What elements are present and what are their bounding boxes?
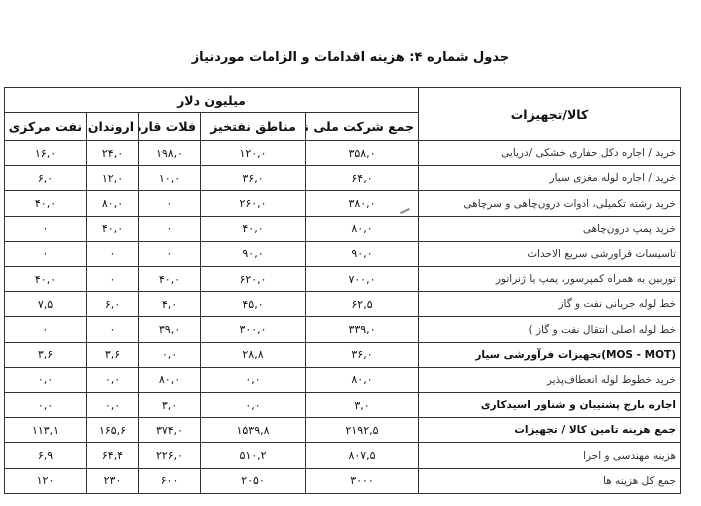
row-value-cell: ۶,۰	[87, 292, 139, 317]
row-item-label: تاسیسات فراورشی سریع الاحداث	[419, 241, 681, 266]
row-value-cell: ۰	[5, 241, 87, 266]
row-value-cell: ۰	[87, 317, 139, 342]
col-header-arvandan: اروندان	[87, 113, 139, 141]
row-value-cell: ۲۳۰	[87, 468, 139, 493]
row-value-cell: ۲۶۰,۰	[201, 191, 306, 216]
row-item-label: خرید / اجاره دکل حفاری خشکی /دریایی	[419, 141, 681, 166]
row-value-cell: ۲۸,۸	[201, 342, 306, 367]
row-value-cell: ۶,۰	[5, 166, 87, 191]
row-item-label: خرید پمپ درون‌چاهی	[419, 216, 681, 241]
table-row: توربین به همراه کمپرسور، پمپ یا ژنراتور۷…	[5, 267, 681, 292]
row-value-cell: ۵۱۰,۲	[201, 443, 306, 468]
row-value-cell: ۴۰,۰	[201, 216, 306, 241]
row-item-label: جمع هزینه تامین کالا / تجهیزات	[419, 418, 681, 443]
row-value-cell: ۰,۰	[87, 367, 139, 392]
row-value-cell: ۹۰,۰	[201, 241, 306, 266]
row-value-cell: ۳,۶	[5, 342, 87, 367]
row-value-cell: ۷,۵	[5, 292, 87, 317]
row-value-cell: ۱۱۳,۱	[5, 418, 87, 443]
row-value-cell: ۴۰,۰	[5, 191, 87, 216]
row-value-cell: ۴,۰	[139, 292, 201, 317]
row-value-cell: ۳,۰	[306, 393, 419, 418]
row-value-cell: ۳۰۰۰	[306, 468, 419, 493]
row-value-cell: ۳۷۴,۰	[139, 418, 201, 443]
unit-header: میلیون دلار	[5, 88, 419, 113]
row-value-cell: ۳,۶	[87, 342, 139, 367]
row-item-label: (MOS - MOT)تجهیزات فرآورشی سیار	[419, 342, 681, 367]
row-value-cell: ۸۰,۰	[306, 367, 419, 392]
row-value-cell: ۰,۰	[5, 393, 87, 418]
row-value-cell: ۱۶,۰	[5, 141, 87, 166]
row-value-cell: ۰	[139, 216, 201, 241]
row-value-cell: ۰,۰	[201, 393, 306, 418]
table-row: جمع کل هزینه ها۳۰۰۰۲۰۵۰۶۰۰۲۳۰۱۲۰	[5, 468, 681, 493]
table-row: خرید خطوط لوله انعطاف‌پذیر۸۰,۰۰,۰۸۰,۰۰,۰…	[5, 367, 681, 392]
row-value-cell: ۴۰,۰	[139, 267, 201, 292]
row-value-cell: ۶۴,۰	[306, 166, 419, 191]
row-value-cell: ۰	[139, 191, 201, 216]
row-value-cell: ۷۰۰,۰	[306, 267, 419, 292]
row-value-cell: ۰,۰	[5, 367, 87, 392]
table-row: خرید / اجاره دکل حفاری خشکی /دریایی۳۵۸,۰…	[5, 141, 681, 166]
row-value-cell: ۱۵۳۹,۸	[201, 418, 306, 443]
row-item-label: جمع کل هزینه ها	[419, 468, 681, 493]
row-item-label: توربین به همراه کمپرسور، پمپ یا ژنراتور	[419, 267, 681, 292]
row-value-cell: ۳۶,۰	[201, 166, 306, 191]
row-value-cell: ۲۱۹۲,۵	[306, 418, 419, 443]
row-value-cell: ۰,۰	[87, 393, 139, 418]
row-value-cell: ۲۴,۰	[87, 141, 139, 166]
table-row: خرید / اجاره لوله مغزی سیار۶۴,۰۳۶,۰۱۰,۰۱…	[5, 166, 681, 191]
row-value-cell: ۰,۰	[139, 342, 201, 367]
row-value-cell: ۲۲۶,۰	[139, 443, 201, 468]
row-item-label: خرید خطوط لوله انعطاف‌پذیر	[419, 367, 681, 392]
cost-table: کالا/تجهیزات میلیون دلار جمع شرکت ملی نف…	[4, 87, 681, 494]
row-value-cell: ۰	[5, 216, 87, 241]
row-value-cell: ۱۶۵,۶	[87, 418, 139, 443]
row-value-cell: ۰	[5, 317, 87, 342]
row-value-cell: ۶۴,۴	[87, 443, 139, 468]
col-header-oil-rich-regions: مناطق نفتخیز	[201, 113, 306, 141]
row-value-cell: ۶,۹	[5, 443, 87, 468]
row-value-cell: ۸۰,۰	[306, 216, 419, 241]
table-title: جدول شماره ۴: هزینه اقدامات و الزامات مو…	[0, 50, 701, 65]
row-value-cell: ۴۵,۰	[201, 292, 306, 317]
row-value-cell: ۶۲۰,۰	[201, 267, 306, 292]
row-value-cell: ۰,۰	[201, 367, 306, 392]
row-item-label: هزینه مهندسی و اجرا	[419, 443, 681, 468]
row-value-cell: ۰	[87, 241, 139, 266]
row-value-cell: ۸۰۷,۵	[306, 443, 419, 468]
row-value-cell: ۸۰,۰	[87, 191, 139, 216]
row-value-cell: ۶۲,۵	[306, 292, 419, 317]
row-value-cell: ۱۰,۰	[139, 166, 201, 191]
row-value-cell: ۱۲۰	[5, 468, 87, 493]
table-row: خط لوله جریانی نفت و گاز۶۲,۵۴۵,۰۴,۰۶,۰۷,…	[5, 292, 681, 317]
row-value-cell: ۸۰,۰	[139, 367, 201, 392]
table-row: (MOS - MOT)تجهیزات فرآورشی سیار۳۶,۰۲۸,۸۰…	[5, 342, 681, 367]
row-value-cell: ۳,۰	[139, 393, 201, 418]
col-header-central-oil: نفت مرکزی	[5, 113, 87, 141]
row-value-cell: ۴۰,۰	[5, 267, 87, 292]
row-value-cell: ۱۲,۰	[87, 166, 139, 191]
col-header-nioc-total: جمع شرکت ملی نفت	[306, 113, 419, 141]
row-item-label: خط لوله اصلی انتقال نفت و گاز )	[419, 317, 681, 342]
table-row: تاسیسات فراورشی سریع الاحداث۹۰,۰۹۰,۰۰۰۰	[5, 241, 681, 266]
table-row: خط لوله اصلی انتقال نفت و گاز )۳۳۹,۰۳۰۰,…	[5, 317, 681, 342]
row-value-cell: ۱۹۸,۰	[139, 141, 201, 166]
row-item-label: خط لوله جریانی نفت و گاز	[419, 292, 681, 317]
row-value-cell: ۴۰,۰	[87, 216, 139, 241]
table-row: اجاره بارج پشتیبان و شناور اسیدکاری۳,۰۰,…	[5, 393, 681, 418]
table-row: جمع هزینه تامین کالا / تجهیزات۲۱۹۲,۵۱۵۳۹…	[5, 418, 681, 443]
goods-header: کالا/تجهیزات	[419, 88, 681, 141]
row-value-cell: ۳۰۰,۰	[201, 317, 306, 342]
table-row: خرید رشته تکمیلی، ادوات درون‌چاهی و سرچا…	[5, 191, 681, 216]
header-row-unit: کالا/تجهیزات میلیون دلار	[5, 88, 681, 113]
row-value-cell: ۰	[87, 267, 139, 292]
row-item-label: خرید رشته تکمیلی، ادوات درون‌چاهی و سرچا…	[419, 191, 681, 216]
row-value-cell: ۳۹,۰	[139, 317, 201, 342]
table-row: خرید پمپ درون‌چاهی۸۰,۰۴۰,۰۰۴۰,۰۰	[5, 216, 681, 241]
table-row: هزینه مهندسی و اجرا۸۰۷,۵۵۱۰,۲۲۲۶,۰۶۴,۴۶,…	[5, 443, 681, 468]
row-value-cell: ۶۰۰	[139, 468, 201, 493]
row-value-cell: ۳۳۹,۰	[306, 317, 419, 342]
row-value-cell: ۳۶,۰	[306, 342, 419, 367]
row-value-cell: ۹۰,۰	[306, 241, 419, 266]
col-header-continental-shelf: فلات قاره	[139, 113, 201, 141]
row-item-label: خرید / اجاره لوله مغزی سیار	[419, 166, 681, 191]
row-value-cell: ۰	[139, 241, 201, 266]
row-value-cell: ۲۰۵۰	[201, 468, 306, 493]
row-item-label: اجاره بارج پشتیبان و شناور اسیدکاری	[419, 393, 681, 418]
row-value-cell: ۱۲۰,۰	[201, 141, 306, 166]
row-value-cell: ۳۵۸,۰	[306, 141, 419, 166]
